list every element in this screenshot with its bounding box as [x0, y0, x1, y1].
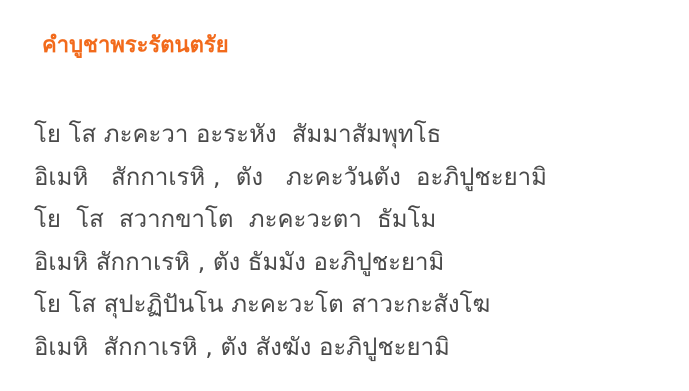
verse-line-6: อิเมหิ สักกาเรหิ , ตัง สังฆัง อะภิปูชะยา…: [34, 327, 547, 370]
verse-line-3: โย โส สวากขาโต ภะคะวะตา ธัมโม: [34, 199, 547, 242]
page-title: คำบูชาพระรัตนตรัย: [42, 30, 229, 62]
verse-line-2: อิเมหิ สักกาเรหิ , ตัง ภะคะวันตัง อะภิปู…: [34, 157, 547, 200]
verse-line-4: อิเมหิ สักกาเรหิ , ตัง ธัมมัง อะภิปูชะยา…: [34, 242, 547, 285]
verse-line-5: โย โส สุปะฏิปันโน ภะคะวะโต สาวะกะสังโฆ: [34, 284, 547, 327]
verse-line-1: โย โส ภะคะวา อะระหัง สัมมาสัมพุทโธ: [34, 114, 547, 157]
verse-block: โย โส ภะคะวา อะระหัง สัมมาสัมพุทโธ อิเมห…: [34, 114, 547, 369]
